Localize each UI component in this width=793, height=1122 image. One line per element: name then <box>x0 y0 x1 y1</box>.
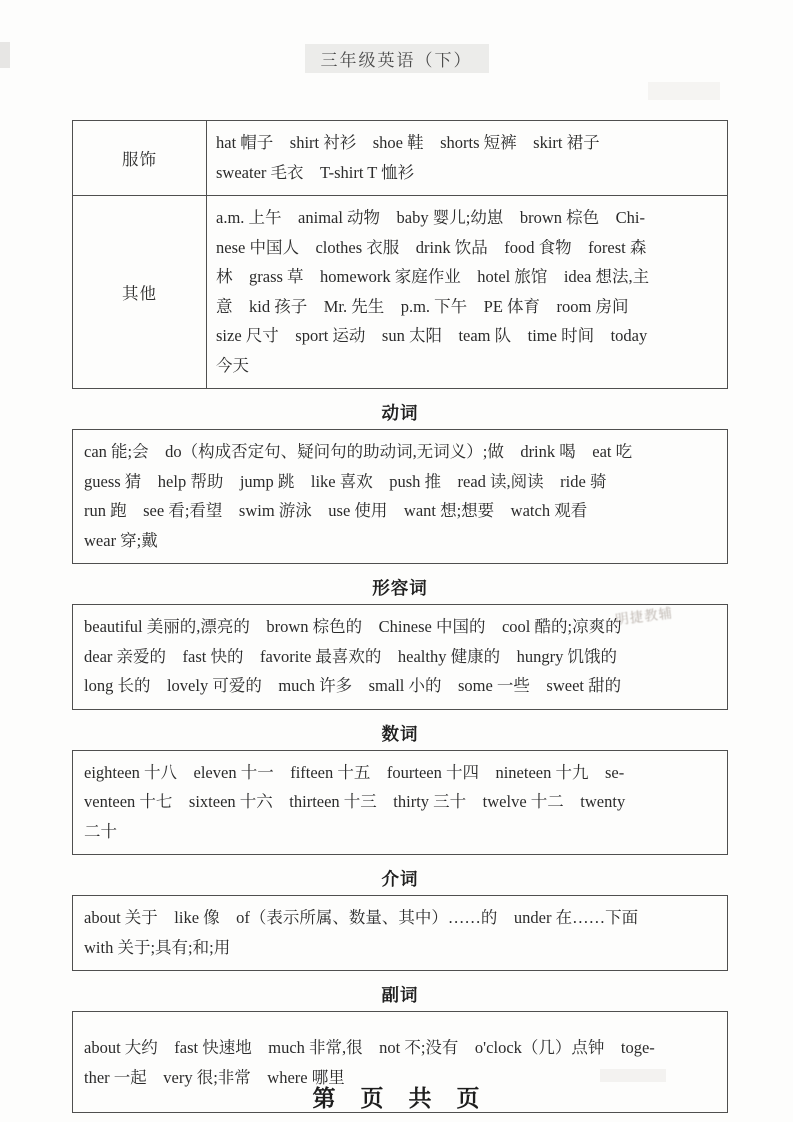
vocabulary-table: 服饰 hat 帽子 shirt 衬衫 shoe 鞋 shorts 短裤 skir… <box>72 120 728 389</box>
vocab-line: hat 帽子 shirt 衬衫 shoe 鞋 shorts 短裤 skirt 裙… <box>216 128 721 158</box>
scan-artifact <box>648 82 720 100</box>
vocab-line: wear 穿;戴 <box>84 526 717 556</box>
vocab-line: about 关于 like 像 of（表示所属、数量、其中）……的 under … <box>84 903 717 933</box>
section-numerals: 数词 eighteen 十八 eleven 十一 fifteen 十五 four… <box>72 721 728 856</box>
vocab-line: about 大约 fast 快速地 much 非常,很 not 不;没有 o'c… <box>84 1033 717 1063</box>
section-heading: 动词 <box>72 400 728 425</box>
section-prepositions: 介词 about 关于 like 像 of（表示所属、数量、其中）……的 und… <box>72 866 728 971</box>
section-box: can 能;会 do（构成否定句、疑问句的助动词,无词义）;做 drink 喝 … <box>72 429 728 564</box>
section-box: beautiful 美丽的,漂亮的 brown 棕色的 Chinese 中国的 … <box>72 604 728 710</box>
section-heading: 介词 <box>72 866 728 891</box>
section-box: eighteen 十八 eleven 十一 fifteen 十五 fourtee… <box>72 750 728 856</box>
category-content-other: a.m. 上午 animal 动物 baby 婴儿;幼崽 brown 棕色 Ch… <box>207 196 728 389</box>
vocab-line: 今天 <box>216 351 721 381</box>
vocab-line: with 关于;具有;和;用 <box>84 933 717 963</box>
vocab-line: a.m. 上午 animal 动物 baby 婴儿;幼崽 brown 棕色 Ch… <box>216 203 721 233</box>
page-title: 三年级英语（下） <box>305 44 489 73</box>
vocab-line: 林 grass 草 homework 家庭作业 hotel 旅馆 idea 想法… <box>216 262 721 292</box>
vocab-line: dear 亲爱的 fast 快的 favorite 最喜欢的 healthy 健… <box>84 642 717 672</box>
page-footer: 第 页 共 页 <box>0 1080 793 1113</box>
section-box: about 关于 like 像 of（表示所属、数量、其中）……的 under … <box>72 895 728 971</box>
table-row-clothing: 服饰 hat 帽子 shirt 衬衫 shoe 鞋 shorts 短裤 skir… <box>73 121 728 196</box>
document-page: 三年级英语（下） 服饰 hat 帽子 shirt 衬衫 shoe 鞋 short… <box>0 0 793 1122</box>
vocab-line: 二十 <box>84 817 717 847</box>
vocab-line: can 能;会 do（构成否定句、疑问句的助动词,无词义）;做 drink 喝 … <box>84 437 717 467</box>
page-header: 三年级英语（下） <box>0 44 793 73</box>
vocab-line: guess 猜 help 帮助 jump 跳 like 喜欢 push 推 re… <box>84 467 717 497</box>
vocab-line: nese 中国人 clothes 衣服 drink 饮品 food 食物 for… <box>216 233 721 263</box>
section-verbs: 动词 can 能;会 do（构成否定句、疑问句的助动词,无词义）;做 drink… <box>72 400 728 564</box>
section-heading: 形容词 <box>72 575 728 600</box>
vocab-line: size 尺寸 sport 运动 sun 太阳 team 队 time 时间 t… <box>216 321 721 351</box>
vocab-line: venteen 十七 sixteen 十六 thirteen 十三 thirty… <box>84 787 717 817</box>
table-row-other: 其他 a.m. 上午 animal 动物 baby 婴儿;幼崽 brown 棕色… <box>73 196 728 389</box>
vocab-line: 意 kid 孩子 Mr. 先生 p.m. 下午 PE 体育 room 房间 <box>216 292 721 322</box>
vocab-line: run 跑 see 看;看望 swim 游泳 use 使用 want 想;想要 … <box>84 496 717 526</box>
section-adjectives: 形容词 beautiful 美丽的,漂亮的 brown 棕色的 Chinese … <box>72 575 728 710</box>
vocab-line: beautiful 美丽的,漂亮的 brown 棕色的 Chinese 中国的 … <box>84 612 717 642</box>
category-label-other: 其他 <box>73 196 207 389</box>
section-heading: 数词 <box>72 721 728 746</box>
vocab-line: long 长的 lovely 可爱的 much 许多 small 小的 some… <box>84 671 717 701</box>
category-content-clothing: hat 帽子 shirt 衬衫 shoe 鞋 shorts 短裤 skirt 裙… <box>207 121 728 196</box>
vocab-line: sweater 毛衣 T-shirt T 恤衫 <box>216 158 721 188</box>
section-heading: 副词 <box>72 982 728 1007</box>
category-label-clothing: 服饰 <box>73 121 207 196</box>
content-column: 服饰 hat 帽子 shirt 衬衫 shoe 鞋 shorts 短裤 skir… <box>72 120 728 1113</box>
vocab-line: eighteen 十八 eleven 十一 fifteen 十五 fourtee… <box>84 758 717 788</box>
